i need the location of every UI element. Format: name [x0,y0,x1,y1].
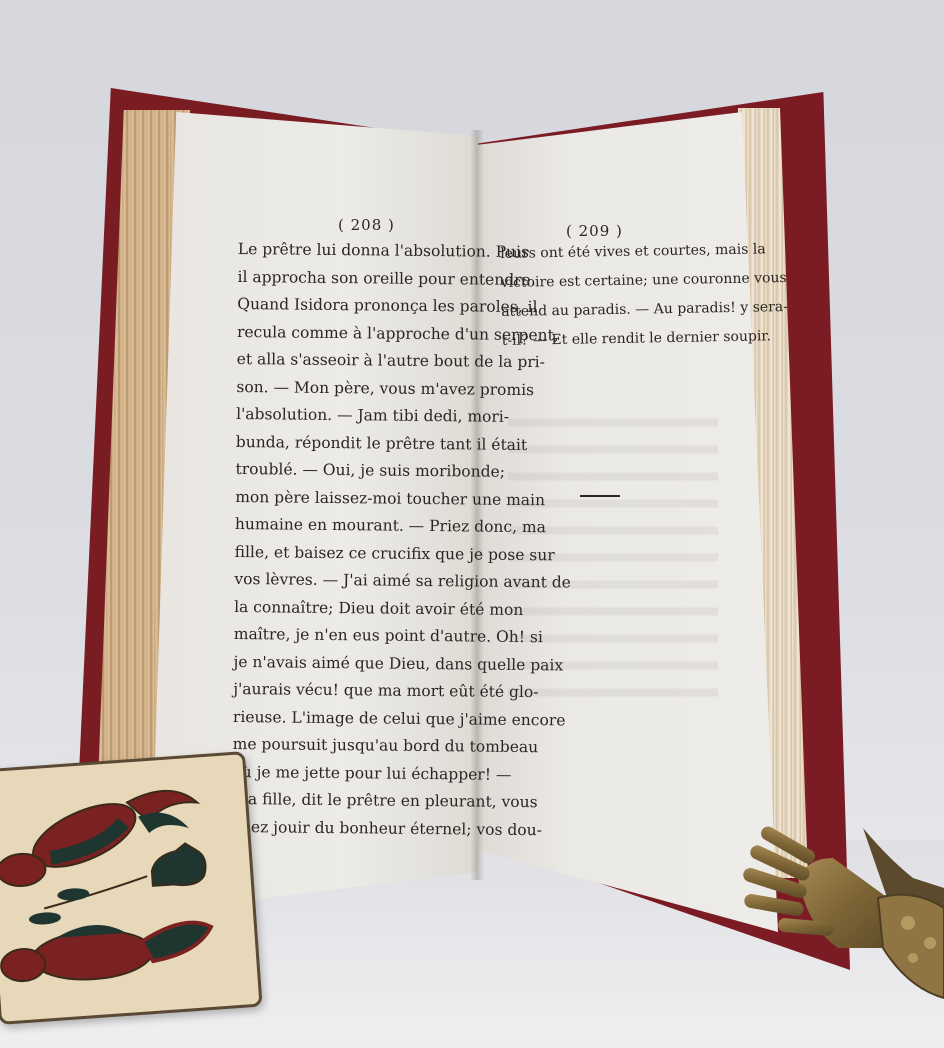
end-rule [580,495,620,497]
text-line: son. — Mon père, vous m'avez promis [236,373,452,403]
show-through-text [508,400,718,700]
text-line: fille, et baisez ce crucifix que je pose… [235,538,451,568]
text-line: la connaître; Dieu doit avoir été mon [234,593,450,623]
text-line: humaine en mourant. — Priez donc, ma [235,511,451,541]
cloisonne-enamel-box [0,751,263,1025]
text-line: maître, je n'en eus point d'autre. Oh! s… [234,621,450,651]
text-line: et alla s'asseoir à l'autre bout de la p… [237,346,453,376]
text-line: leurs ont été vives et courtes, mais la [500,236,714,269]
text-line: troublé. — Oui, je suis moribonde; [235,456,451,486]
text-line: Le prêtre lui donna l'absolution. Puis [238,236,454,266]
text-line: rieuse. L'image de celui que j'aime enco… [233,703,449,733]
text-line: je n'avais aimé que Dieu, dans quelle pa… [233,648,449,678]
text-line: vos lèvres. — J'ai aimé sa religion avan… [234,566,450,596]
text-line: me poursuit jusqu'au bord du tombeau [233,731,449,761]
left-page-number: ( 208 ) [338,216,395,234]
text-line: mon père laissez-moi toucher une main [235,483,451,513]
text-line: bunda, répondit le prêtre tant il était [236,428,452,458]
text-line: Quand Isidora prononça les paroles, il [237,291,453,321]
text-line: allez jouir du bonheur éternel; vos dou- [232,813,448,843]
bird-vase-motif-icon [0,754,259,1021]
text-line: attend au paradis. — Au paradis! y sera- [501,294,715,327]
text-line: où je me jette pour lui échapper! — [232,758,448,788]
text-line: il approcha son oreille pour entendre. [237,263,453,293]
text-line: recula comme à l'approche d'un serpent, [237,318,453,348]
text-line: l'absolution. — Jam tibi dedi, mori- [236,401,452,431]
brass-hand-bookend-icon [738,818,944,1008]
photo-scene: ( 208 ) ( 209 ) Le prêtre lui donna l'ab… [0,0,944,1048]
text-line: Ma fille, dit le prêtre en pleurant, vou… [232,786,448,816]
text-line: j'aurais vécu! que ma mort eût été glo- [233,676,449,706]
left-page-text: Le prêtre lui donna l'absolution. Puis i… [232,236,454,843]
text-line: t-il? — Et elle rendit le dernier soupir… [502,323,716,356]
right-page-text: leurs ont été vives et courtes, mais la … [500,236,716,356]
text-line: victoire est certaine; une couronne vous [501,265,715,298]
